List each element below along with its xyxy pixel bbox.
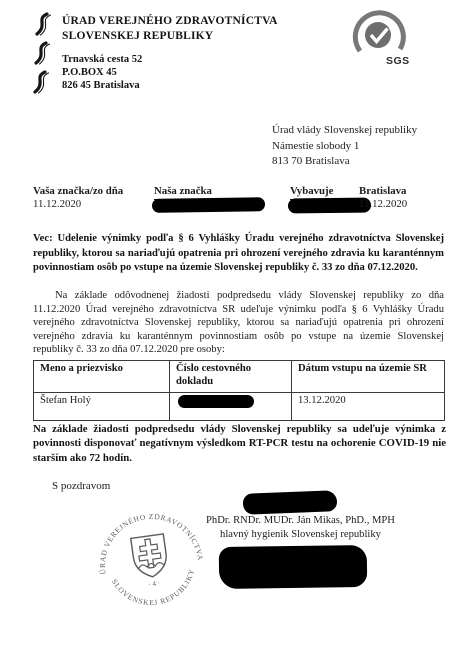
body-paragraph-1: Na základe odôvodnenej žiadosti podpreds… (33, 289, 444, 357)
recipient-line: Úrad vlády Slovenskej republiky (272, 123, 417, 139)
svg-text:SLOVENSKEJ REPUBLIKY: SLOVENSKEJ REPUBLIKY (109, 566, 200, 612)
redaction-box-large (219, 545, 368, 589)
uvz-logo-icon (26, 12, 52, 96)
ref-place-label: Bratislava (359, 185, 407, 198)
signer-name: PhDr. RNDr. MUDr. Ján Mikas, PhD., MPH (198, 514, 403, 527)
svg-text:ÚRAD VEREJNÉHO ZDRAVOTNÍCTVA: ÚRAD VEREJNÉHO ZDRAVOTNÍCTVA (90, 505, 205, 575)
subject-line: Vec: Udelenie výnimky podľa § 6 Vyhlášky… (33, 232, 444, 276)
col-header-document-number: Číslo cestovného dokladu (170, 361, 292, 393)
org-name-block: ÚRAD VEREJNÉHO ZDRAVOTNÍCTVA SLOVENSKEJ … (62, 14, 278, 43)
ref-your-mark-label: Vaša značka/zo dňa (33, 185, 123, 198)
cell-entry-date: 13.12.2020 (292, 393, 445, 421)
persons-table: Meno a priezvisko Číslo cestovného dokla… (33, 360, 445, 421)
cell-person-name: Štefan Holý (34, 393, 170, 421)
ref-place-value: 11.12.2020 (359, 198, 407, 211)
sgs-label: SGS (386, 55, 410, 67)
stamp-number: · 4 · (148, 579, 161, 589)
cell-document-number (170, 393, 292, 421)
scanned-letter-page: ÚRAD VEREJNÉHO ZDRAVOTNÍCTVA SLOVENSKEJ … (0, 0, 476, 650)
redaction-box-document-number (178, 395, 254, 408)
org-address-line: 826 45 Bratislava (62, 79, 142, 92)
stamp-coat-of-arms (131, 534, 169, 579)
recipient-line: Námestie slobody 1 (272, 139, 417, 155)
col-header-entry-date: Dátum vstupu na územie SR (292, 361, 445, 393)
recipient-line: 813 70 Bratislava (272, 154, 417, 170)
org-name-line1: ÚRAD VEREJNÉHO ZDRAVOTNÍCTVA (62, 14, 278, 29)
org-address-line: P.O.BOX 45 (62, 66, 142, 79)
org-name-line2: SLOVENSKEJ REPUBLIKY (62, 29, 278, 44)
stamp-arc-top-text: ÚRAD VEREJNÉHO ZDRAVOTNÍCTVA (90, 505, 205, 575)
body-paragraph-2: Na základe žiadosti podpredsedu vlády Sl… (33, 422, 446, 465)
salutation: S pozdravom (52, 480, 110, 492)
table-header-row: Meno a priezvisko Číslo cestovného dokla… (34, 361, 445, 393)
recipient-address-block: Úrad vlády Slovenskej republiky Námestie… (272, 123, 417, 170)
org-address-block: Trnavská cesta 52 P.O.BOX 45 826 45 Brat… (62, 53, 142, 92)
ref-your-mark-value: 11.12.2020 (33, 198, 123, 211)
official-stamp-icon: ÚRAD VEREJNÉHO ZDRAVOTNÍCTVA SLOVENSKEJ … (84, 494, 217, 627)
ref-place-date: Bratislava 11.12.2020 (359, 185, 407, 211)
table-row: Štefan Holý 13.12.2020 (34, 393, 445, 421)
sgs-certification-icon: SGS (350, 9, 412, 69)
org-address-line: Trnavská cesta 52 (62, 53, 142, 66)
stamp-arc-bottom-text: SLOVENSKEJ REPUBLIKY (109, 566, 200, 612)
signer-title: hlavný hygienik Slovenskej republiky (198, 528, 403, 541)
redaction-box-signature (243, 490, 338, 515)
redaction-box-our-mark (152, 197, 265, 213)
col-header-name: Meno a priezvisko (34, 361, 170, 393)
ref-your-mark: Vaša značka/zo dňa 11.12.2020 (33, 185, 123, 211)
